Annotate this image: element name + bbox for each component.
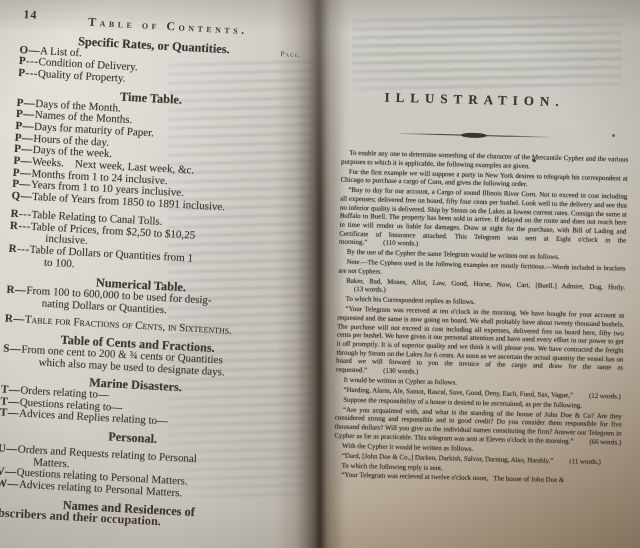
toc-item-letter: R— (5, 313, 26, 326)
paragraph-text: It would be written in Cypher as follows… (344, 377, 457, 387)
paragraph-text: “Buy to day for our account, a Cargo of … (339, 187, 627, 247)
toc-item-letter: U— (0, 442, 18, 455)
word-count: (12 words.) (573, 392, 621, 400)
toc-item-letter: W— (0, 477, 19, 490)
word-count: (13 words.) (338, 286, 386, 294)
toc-item-letter: R--- (8, 243, 30, 256)
paragraph-text: To which the following reply is sent. (342, 462, 443, 471)
word-count: (130 words.) (367, 367, 418, 375)
right-page: ILLUSTRATION. To enable any one to deter… (318, 0, 640, 548)
toc-item-letter: S— (3, 342, 22, 355)
paragraph-quote: “Buy to day for our account, a Cargo of … (339, 187, 627, 255)
divider-diamond (461, 132, 487, 138)
toc-item-letter: P--- (18, 67, 38, 80)
section-divider (399, 132, 549, 139)
word-count: (110 words.) (367, 240, 418, 248)
ink-speck (612, 134, 615, 137)
word-count: (11 words.) (553, 458, 601, 466)
toc-list: Specific Rates, or Quantities.O—A List o… (0, 33, 288, 534)
paragraph-text: To enable any one to determine something… (341, 150, 628, 170)
paragraph-text: “Your Telegram was received at ten o'clo… (336, 306, 625, 374)
illustration-title: ILLUSTRATION. (315, 88, 633, 112)
word-count: (66 words.) (573, 438, 621, 446)
page-number: 14 (23, 7, 38, 23)
book-gutter-shadow (296, 0, 344, 548)
illustration-body: To enable any one to determine something… (333, 150, 628, 488)
book-photo: 14 Table of Contents. Page. Specific Rat… (0, 0, 640, 548)
paragraph-quote: “Your Telegram was received at ten o'clo… (336, 306, 625, 383)
paragraph-text: To which his Correspondent replies as fo… (346, 296, 476, 306)
toc-item-letter: T— (0, 407, 19, 420)
toc-item-letter: Q— (11, 190, 32, 203)
left-page: 14 Table of Contents. Page. Specific Rat… (0, 0, 320, 548)
toc-item-letter: R— (6, 284, 27, 297)
toc-item-letter: R--- (10, 219, 32, 232)
paragraph-quote: “Are you acquainted with, and what is th… (334, 406, 622, 448)
